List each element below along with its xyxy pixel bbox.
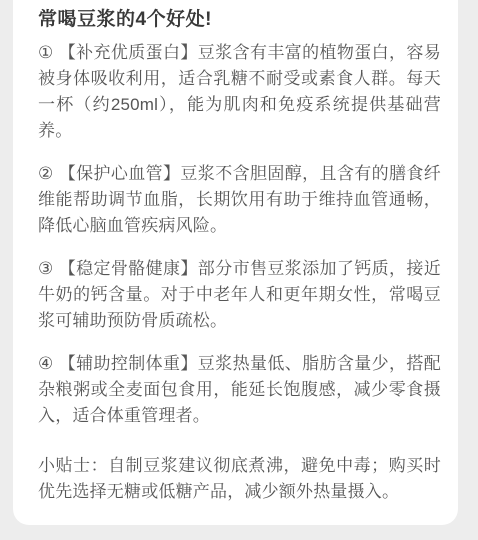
content-card: 常喝豆浆的4个好处! ① 【补充优质蛋白】豆浆含有丰富的植物蛋白，容易被身体吸收… (13, 0, 458, 525)
tip-note: 小贴士：自制豆浆建议彻底煮沸，避免中毒；购买时优先选择无糖或低糖产品，减少额外热… (38, 453, 441, 505)
benefit-item-1: ① 【补充优质蛋白】豆浆含有丰富的植物蛋白，容易被身体吸收利用，适合乳糖不耐受或… (38, 40, 441, 144)
benefit-item-4: ④ 【辅助控制体重】豆浆热量低、脂肪含量少，搭配杂粮粥或全麦面包食用，能延长饱腹… (38, 351, 441, 429)
benefit-item-2: ② 【保护心血管】豆浆不含胆固醇，且含有的膳食纤维能帮助调节血脂，长期饮用有助于… (38, 161, 441, 239)
page-title: 常喝豆浆的4个好处! (38, 6, 441, 33)
benefit-item-3: ③ 【稳定骨骼健康】部分市售豆浆添加了钙质，接近牛奶的钙含量。对于中老年人和更年… (38, 256, 441, 334)
page-background: { "page": { "background_color": "#ededed… (0, 0, 478, 540)
